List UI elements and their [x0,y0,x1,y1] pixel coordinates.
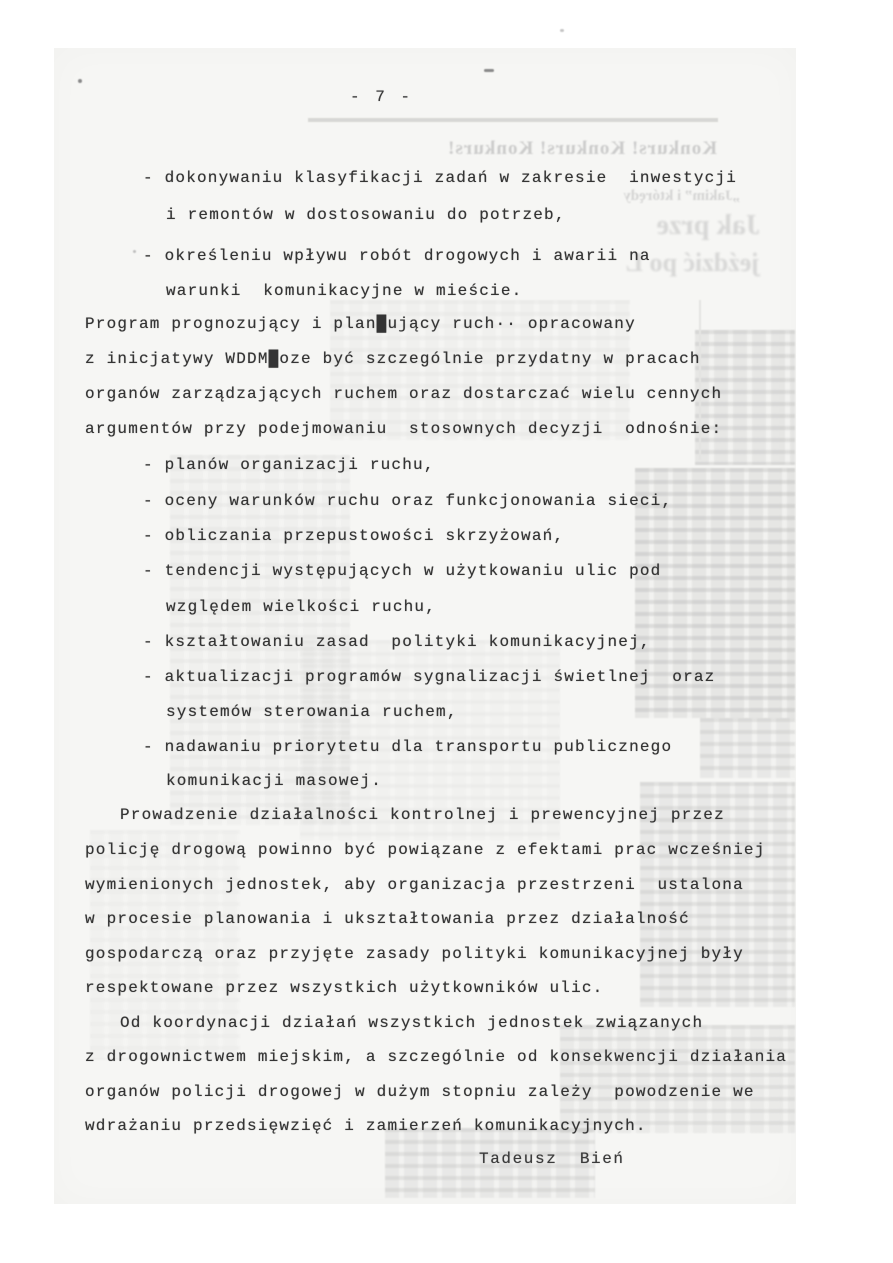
list-item-line: - tendencji występujących w użytkowaniu … [143,561,661,581]
bleedthrough-headline: Konkurs! Konkurs! Konkurs! [333,138,717,160]
list-item-line: - planów organizacji ruchu, [143,455,435,475]
text-line: argumentów przy podejmowaniu stosownych … [85,419,722,439]
list-item-line: - obliczania przepustowości skrzyżowań, [143,526,564,546]
scan-speck [484,69,494,72]
bleedthrough-subheadline: „Jakim” i którędy [556,188,740,205]
text-line: Program prognozujący i plan█ujący ruch··… [85,314,636,334]
list-item-line: - kształtowaniu zasad polityki komunikac… [143,632,651,652]
text-line: z inicjatywy WDDM█oze być szczególnie pr… [85,349,701,369]
scan-speck [133,250,136,253]
page-number: - 7 - [350,88,413,106]
text-line: z drogownictwem miejskim, a szczególnie … [85,1047,787,1067]
list-item-line: - nadawaniu priorytetu dla transportu pu… [143,737,672,757]
scan-speck [560,29,564,32]
scanned-document-page: Konkurs! Konkurs! Konkurs! „Jakim” i któ… [0,0,893,1263]
bleedthrough-big-word: Jak prze [615,210,760,242]
author-signature: Tadeusz Bień [479,1150,625,1168]
text-line: Prowadzenie działalności kontrolnej i pr… [120,805,725,825]
text-line: komunikacji masowej. [166,771,382,791]
text-line: i remontów w dostosowaniu do potrzeb, [166,205,566,225]
bleedthrough-column [700,718,795,778]
list-item-line: - aktualizacji programów sygnalizacji św… [143,667,715,687]
text-line: policję drogową powinno być powiązane z … [85,840,766,860]
text-line: organów zarządzających ruchem oraz dosta… [85,384,722,404]
text-line: wdrażaniu przedsięwzięć i zamierzeń komu… [85,1116,647,1136]
text-line: wymienionych jednostek, aby organizacja … [85,875,744,895]
text-line: Od koordynacji działań wszystkich jednos… [120,1013,703,1033]
text-line: respektowane przez wszystkich użytkownik… [85,978,603,998]
text-line: systemów sterowania ruchem, [166,702,458,722]
list-item-line: - oceny warunków ruchu oraz funkcjonowan… [143,491,672,511]
list-item-line: - dokonywaniu klasyfikacji zadań w zakre… [143,168,737,188]
text-line: względem wielkości ruchu, [166,597,436,617]
text-line: warunki komunikacyjne w mieście. [166,281,522,301]
scan-speck [78,79,82,83]
list-item-line: - określeniu wpływu robót drogowych i aw… [143,246,651,266]
text-line: gospodarczą oraz przyjęte zasady polityk… [85,944,744,964]
text-line: organów policji drogowej w dużym stopniu… [85,1082,755,1102]
text-line: w procesie planowania i ukształtowania p… [85,909,690,929]
bleedthrough-rule [308,118,718,122]
